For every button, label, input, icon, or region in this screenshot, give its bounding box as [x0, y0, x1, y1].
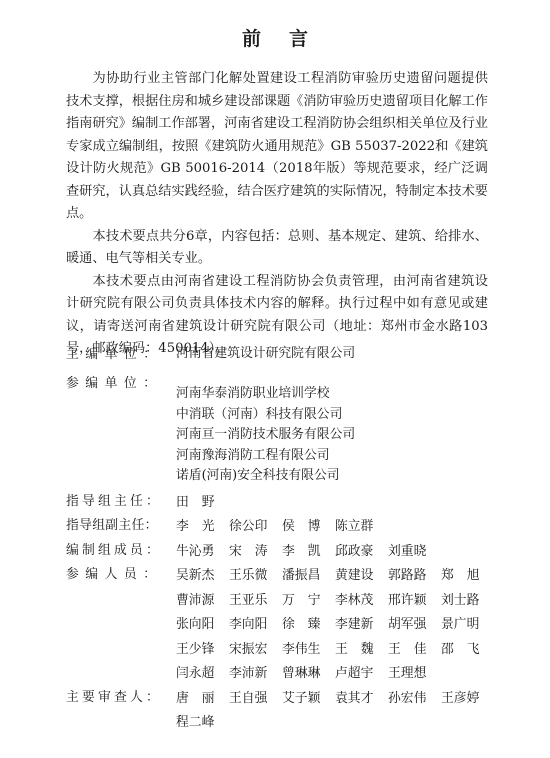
- person-name: 宋涛: [229, 540, 282, 565]
- guidance-deputy-label: 指导组副主任：: [66, 515, 176, 536]
- person-name: 张向阳: [176, 613, 229, 638]
- person-name: 孙宏伟: [388, 687, 441, 712]
- participating-units-label: 参编单位：: [66, 373, 176, 394]
- title-char-1: 前: [242, 24, 261, 51]
- person-name: 胡军强: [388, 613, 441, 638]
- foreword-body: 为协助行业主管部门化解处置建设工程消防审验历史遗留问题提供技术支撑，根据住房和城…: [66, 68, 488, 361]
- credits-section: 主编单位： 河南省建筑设计研究院有限公司 参编单位： 河南华泰消防职业培训学校 …: [66, 344, 506, 736]
- person-name: 王魏: [335, 638, 388, 663]
- page-title: 前言: [0, 24, 550, 51]
- person-name: 王佳: [388, 638, 441, 663]
- chief-unit-label: 主编单位：: [66, 344, 176, 365]
- chief-unit-row: 主编单位： 河南省建筑设计研究院有限公司: [66, 344, 506, 365]
- guidance-director-label: 指导组主任：: [66, 491, 176, 512]
- person-name: 李光: [176, 515, 229, 540]
- person-name: 邢许颖: [388, 589, 441, 614]
- participating-unit: 河南华泰消防职业培训学校: [176, 384, 506, 405]
- participating-units-row: 参编单位： 河南华泰消防职业培训学校 中消联（河南）科技有限公司 河南亘一消防技…: [66, 373, 506, 487]
- person-name: 邵飞: [441, 638, 494, 663]
- person-name: 邱政豪: [335, 540, 388, 565]
- person-name: 王自强: [229, 687, 282, 712]
- title-char-2: 言: [289, 24, 308, 51]
- person-name: 宋振宏: [229, 638, 282, 663]
- compilation-members-label: 编制组成员：: [66, 540, 176, 561]
- person-name: 程二峰: [176, 711, 229, 736]
- participating-unit: 河南豫海消防工程有限公司: [176, 446, 506, 467]
- participating-unit: 诺盾(河南)安全科技有限公司: [176, 466, 506, 487]
- participants-row: 参编人员： 吴新杰 王乐微 潘振昌 黄建设 郭路路 郑旭 曹沛源 王亚乐 万宁 …: [66, 564, 506, 687]
- person-name: 陈立群: [335, 515, 388, 540]
- person-name: 侯博: [282, 515, 335, 540]
- person-name: 黄建设: [335, 564, 388, 589]
- person-name: 万宁: [282, 589, 335, 614]
- person-name: 王亚乐: [229, 589, 282, 614]
- person-name: 徐臻: [282, 613, 335, 638]
- person-name: 袁其才: [335, 687, 388, 712]
- person-name: 李凯: [282, 540, 335, 565]
- person-name: 李建新: [335, 613, 388, 638]
- person-name: 吴新杰: [176, 564, 229, 589]
- compilation-members-row: 编制组成员： 牛沁勇 宋涛 李凯 邱政豪 刘重晓: [66, 540, 506, 565]
- person-name: 郑旭: [441, 564, 494, 589]
- chief-unit-org: 河南省建筑设计研究院有限公司: [176, 344, 506, 365]
- person-name: 李伟生: [282, 638, 335, 663]
- person-name: 刘士路: [441, 589, 494, 614]
- chief-reviewers-label: 主要审查人：: [66, 687, 176, 708]
- person-name: 潘振昌: [282, 564, 335, 589]
- participants-label: 参编人员：: [66, 564, 176, 585]
- person-name: 景广明: [441, 613, 494, 638]
- chief-reviewers-row: 主要审查人： 唐丽 王自强 艾子颖 袁其才 孙宏伟 王彦婷 程二峰: [66, 687, 506, 736]
- person-name: 王理想: [388, 662, 441, 687]
- person-name: 牛沁勇: [176, 540, 229, 565]
- person-name: 郭路路: [388, 564, 441, 589]
- person-name: 刘重晓: [388, 540, 441, 565]
- person-name: 唐丽: [176, 687, 229, 712]
- person-name: 李向阳: [229, 613, 282, 638]
- person-name: 李沛新: [229, 662, 282, 687]
- guidance-deputy-row: 指导组副主任： 李光 徐公印 侯博 陈立群: [66, 515, 506, 540]
- person-name: 卢超宇: [335, 662, 388, 687]
- participating-unit: 中消联（河南）科技有限公司: [176, 405, 506, 426]
- person-name: 王少锋: [176, 638, 229, 663]
- foreword-paragraph-1: 为协助行业主管部门化解处置建设工程消防审验历史遗留问题提供技术支撑，根据住房和城…: [66, 68, 488, 226]
- person-name: 王乐微: [229, 564, 282, 589]
- participating-unit: 河南亘一消防技术服务有限公司: [176, 425, 506, 446]
- person-name: 王彦婷: [441, 687, 494, 712]
- person-name: 艾子颖: [282, 687, 335, 712]
- person-name: 曾琳琳: [282, 662, 335, 687]
- person-name: 曹沛源: [176, 589, 229, 614]
- foreword-paragraph-2: 本技术要点共分6章，内容包括：总则、基本规定、建筑、给排水、暖通、电气等相关专业…: [66, 226, 488, 271]
- person-name: 李林茂: [335, 589, 388, 614]
- person-name: 徐公印: [229, 515, 282, 540]
- guidance-director-row: 指导组主任： 田野: [66, 491, 506, 516]
- person-name: 闫永超: [176, 662, 229, 687]
- person-name: 田野: [176, 491, 229, 516]
